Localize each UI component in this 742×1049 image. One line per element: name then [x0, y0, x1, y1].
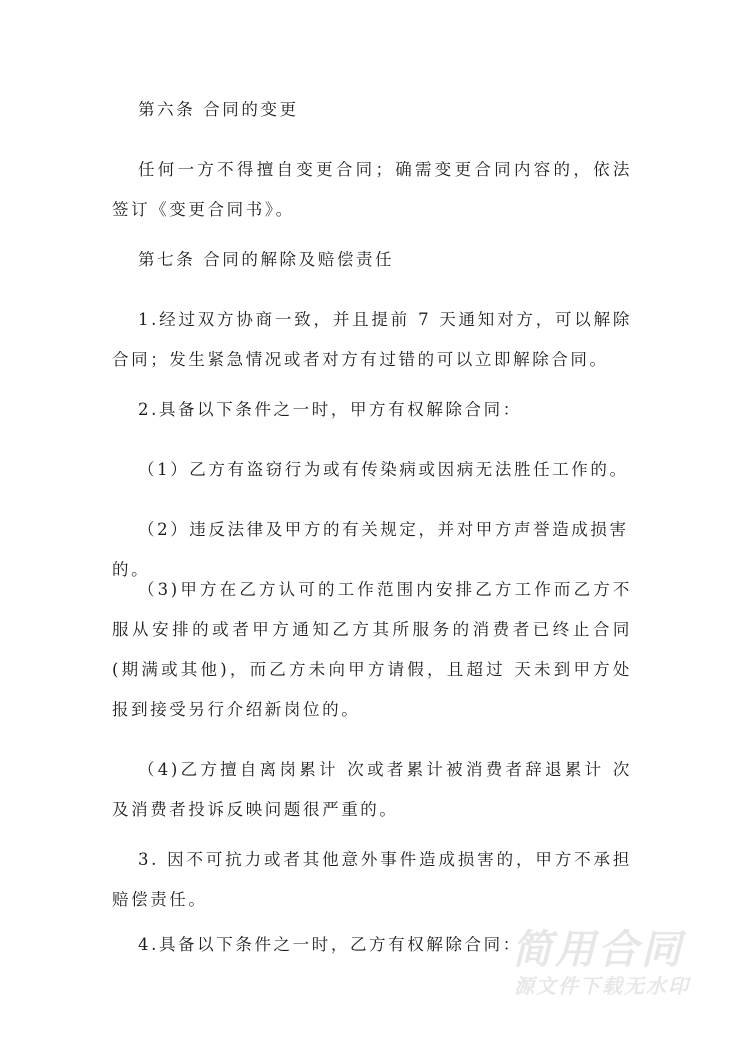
- clause-2-3: （3)甲方在乙方认可的工作范围内安排乙方工作而乙方不服从安排的或者甲方通知乙方其…: [112, 570, 632, 730]
- clause-2-1: （1）乙方有盗窃行为或有传染病或因病无法胜任工作的。: [112, 450, 632, 490]
- article-6-heading: 第六条 合同的变更: [112, 90, 632, 130]
- clause-2: 2.具备以下条件之一时，甲方有权解除合同：: [112, 390, 632, 430]
- clause-1: 1.经过双方协商一致，并且提前 7 天通知对方，可以解除合同；发生紧急情况或者对…: [112, 300, 632, 380]
- clause-2-4: （4)乙方擅自离岗累计 次或者累计被消费者辞退累计 次及消费者投诉反映问题很严重…: [112, 750, 632, 830]
- article-7-heading: 第七条 合同的解除及赔偿责任: [112, 240, 632, 280]
- watermark-subtitle: 源文件下载无水印: [514, 970, 690, 999]
- article-6-body: 任何一方不得擅自变更合同；确需变更合同内容的，依法签订《变更合同书》。: [112, 150, 632, 230]
- clause-3: 3. 因不可抗力或者其他意外事件造成损害的，甲方不承担赔偿责任。: [112, 840, 632, 920]
- watermark-title: 简用合同: [512, 918, 684, 975]
